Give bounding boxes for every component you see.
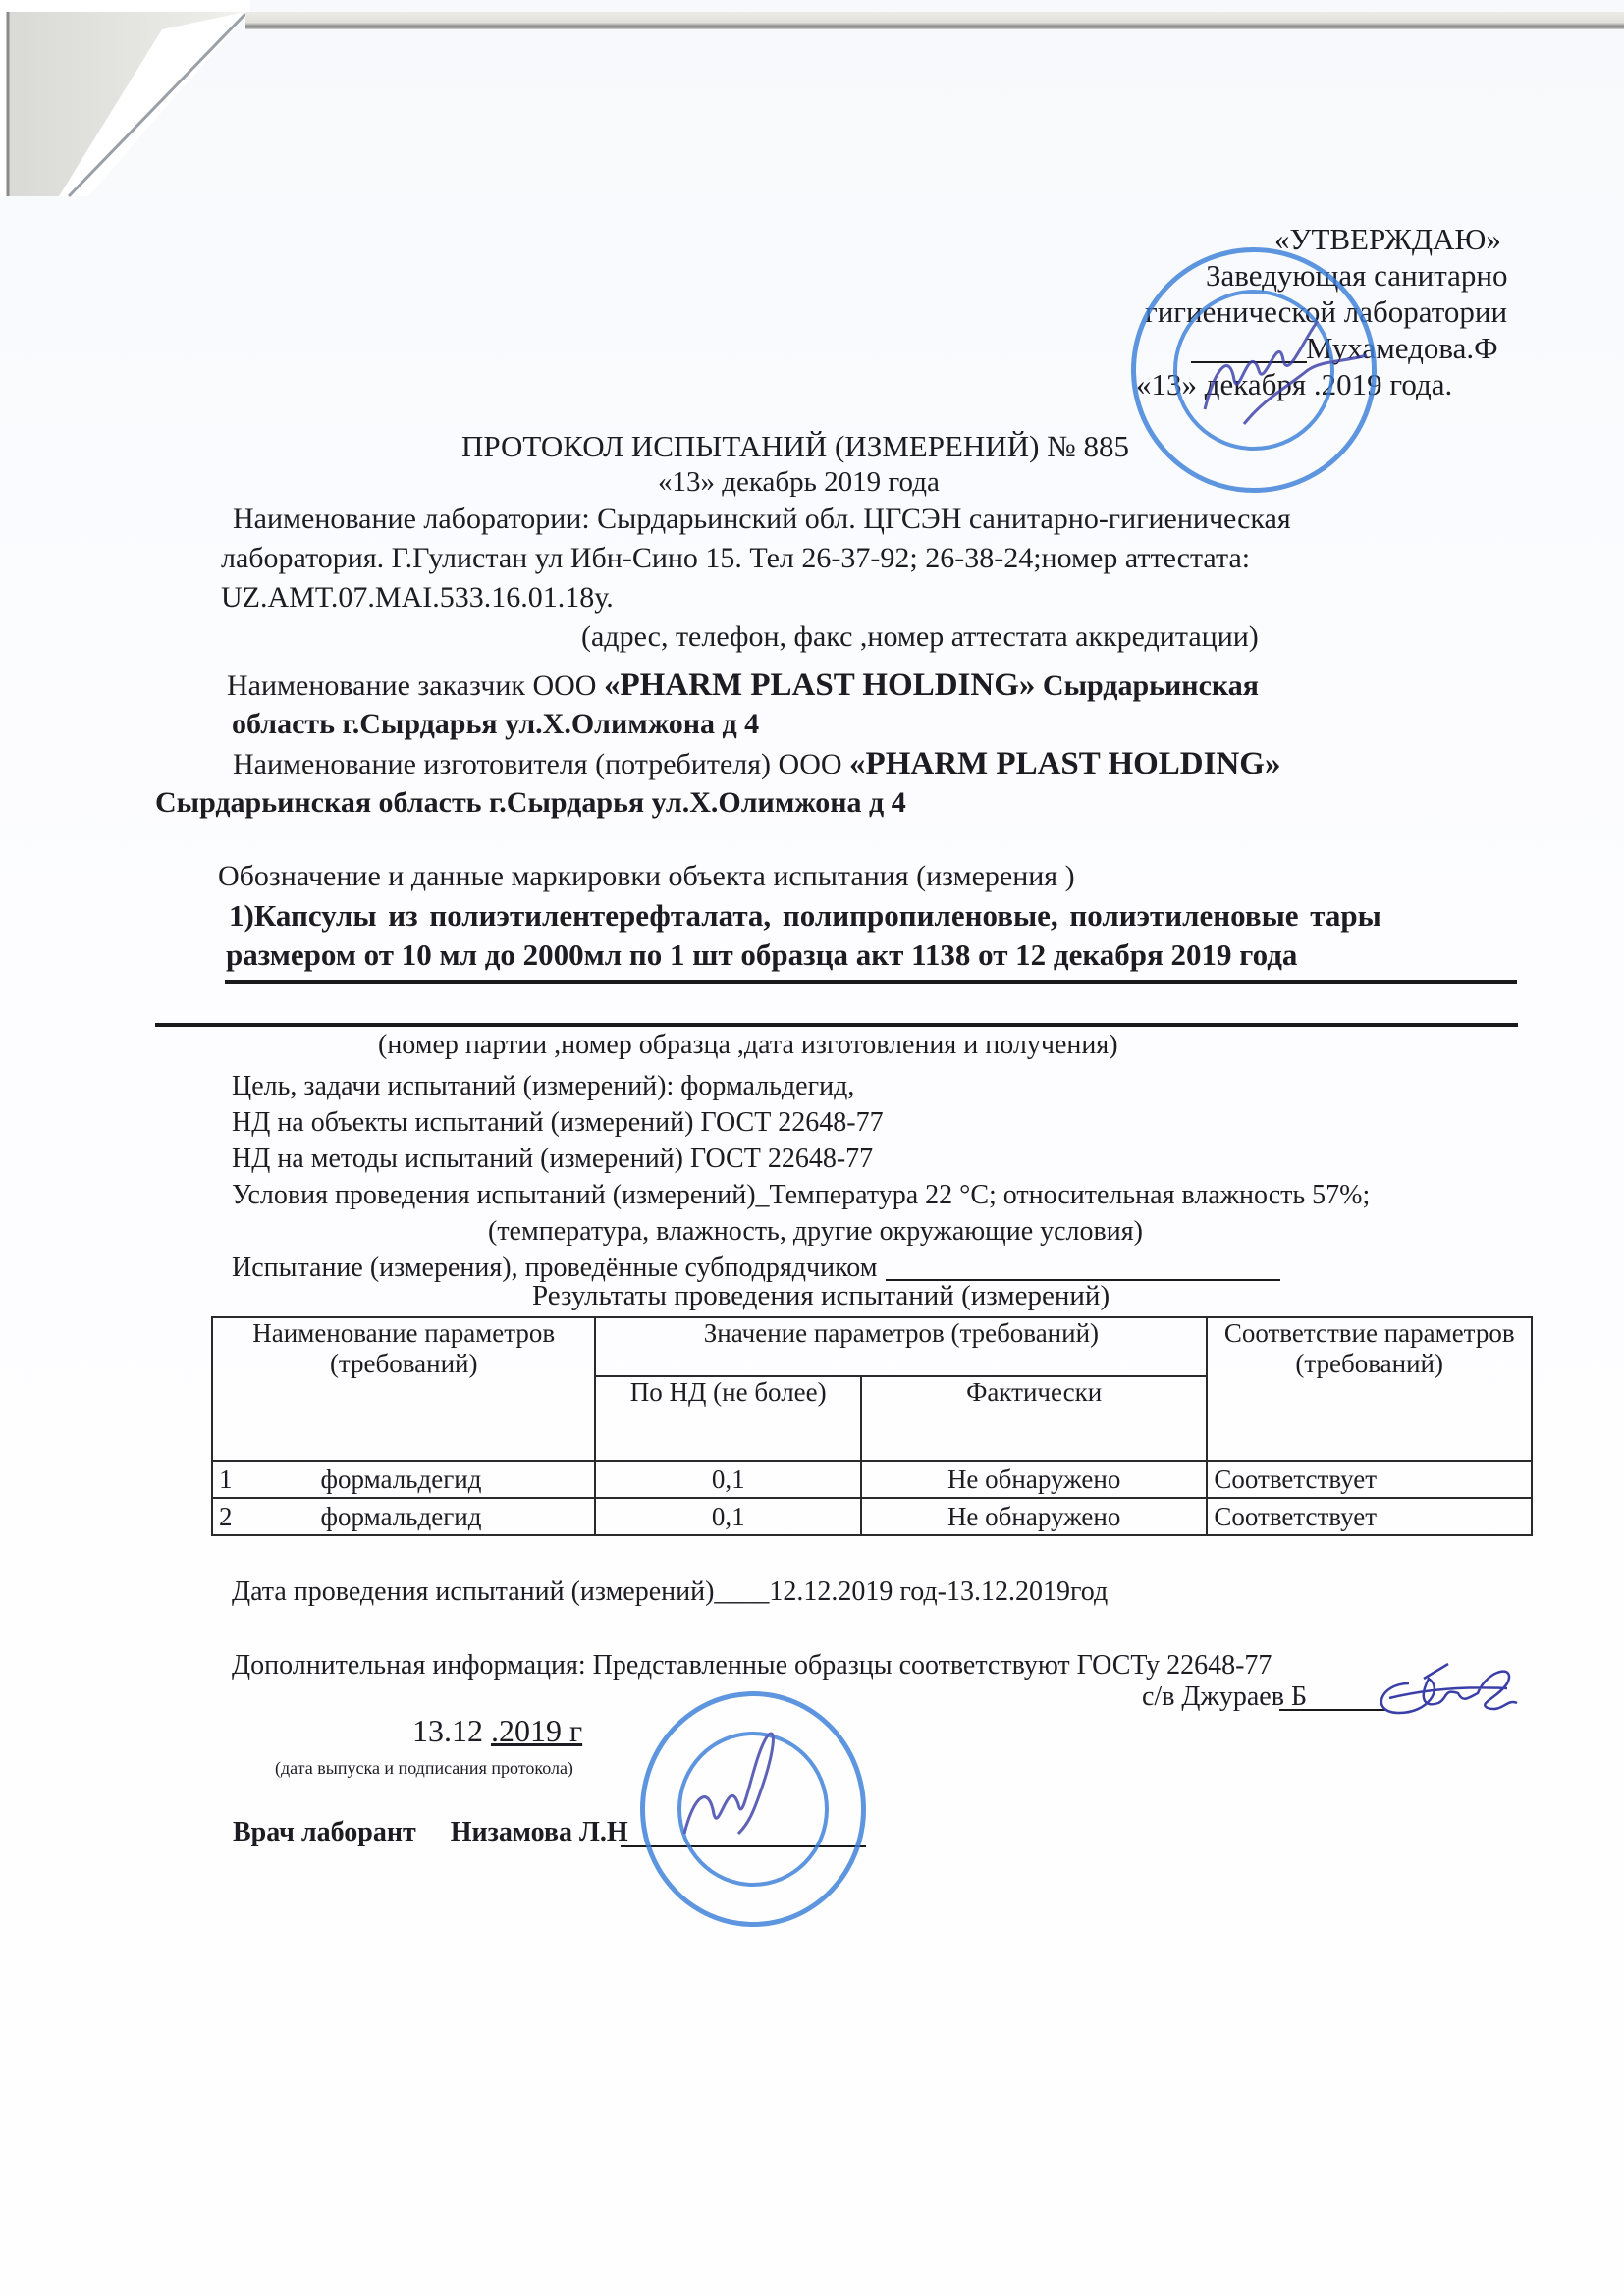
table-row: 1формальдегид 0,1 Не обнаружено Соответс… — [212, 1461, 1532, 1498]
nd-methods: НД на методы испытаний (измерений) ГОСТ … — [232, 1143, 873, 1176]
laboratory-line-2: лаборатория. Г.Гулистан ул Ибн-Сино 15. … — [221, 541, 1250, 576]
compliance-cell: Соответствует — [1207, 1461, 1532, 1498]
param-cell: 1формальдегид — [212, 1461, 595, 1498]
manufacturer-company: «PHARM PLAST HOLDING» — [849, 746, 1280, 781]
results-title: Результаты проведения испытаний (измерен… — [532, 1279, 1110, 1312]
header-value-group: Значение параметров (требований) — [595, 1317, 1207, 1376]
sv-signature-icon — [1370, 1659, 1537, 1728]
object-underline-1 — [225, 980, 1517, 984]
laboratory-line-1: Наименование лаборатории: Сырдарьинский … — [233, 502, 1291, 537]
test-conditions: Условия проведения испытаний (измерений)… — [232, 1179, 1370, 1212]
customer-label: Наименование заказчик ООО — [227, 669, 604, 702]
param-cell: 2формальдегид — [212, 1498, 595, 1535]
additional-info: Дополнительная информация: Представленны… — [232, 1649, 1272, 1682]
manufacturer-line: Наименование изготовителя (потребителя) … — [233, 746, 1280, 782]
test-dates: Дата проведения испытаний (измерений)___… — [232, 1575, 1108, 1609]
laboratory-caption: (адрес, телефон, факс ,номер аттестата а… — [581, 619, 1259, 655]
header-actual: Фактически — [861, 1376, 1207, 1461]
object-description-line-2: размером от 10 мл до 2000мл по 1 шт обра… — [226, 937, 1297, 973]
official-stamp-bottom — [640, 1691, 866, 1927]
folded-edge — [245, 12, 1624, 29]
object-underline-2 — [155, 1023, 1518, 1027]
object-label: Обозначение и данные маркировки объекта … — [218, 859, 1075, 894]
test-purpose: Цель, задачи испытаний (измерений): форм… — [232, 1070, 854, 1103]
param-name: формальдегид — [321, 1465, 482, 1494]
manufacturer-label: Наименование изготовителя (потребителя) … — [233, 748, 849, 780]
header-by-nd: По НД (не более) — [595, 1376, 861, 1461]
issue-date: 13.12 .2019 г — [412, 1713, 582, 1748]
customer-address-part-1: Сырдарьинская — [1035, 669, 1259, 702]
by-nd-cell: 0,1 — [595, 1498, 861, 1535]
by-nd-cell: 0,1 — [595, 1461, 861, 1498]
stamp-signature-icon — [645, 1696, 861, 1922]
customer-address: область г.Сырдарья ул.Х.Олимжона д 4 — [232, 707, 759, 742]
header-compliance: Соответствие параметров (требований) — [1207, 1317, 1532, 1461]
results-table: Наименование параметров (требований) Зна… — [211, 1316, 1533, 1536]
actual-cell: Не обнаружено — [861, 1461, 1207, 1498]
customer-line: Наименование заказчик ООО «PHARM PLAST H… — [227, 667, 1259, 704]
official-stamp-top — [1131, 247, 1377, 493]
table-row: 2формальдегид 0,1 Не обнаружено Соответс… — [212, 1498, 1532, 1535]
protocol-date: «13» декабрь 2019 года — [658, 464, 940, 500]
stamp-signature-icon — [1136, 252, 1372, 488]
compliance-cell: Соответствует — [1207, 1498, 1532, 1535]
issue-date-day: 13.12 — [412, 1713, 491, 1748]
protocol-title: ПРОТОКОЛ ИСПЫТАНИЙ (ИЗМЕРЕНИЙ) № 885 — [461, 429, 1129, 464]
param-name: формальдегид — [321, 1502, 482, 1531]
object-description-line-1: 1)Капсулы из полиэтилентерефталата, поли… — [229, 898, 1381, 934]
customer-company: «PHARM PLAST HOLDING» — [604, 667, 1035, 703]
object-caption: (номер партии ,номер образца ,дата изгот… — [378, 1029, 1118, 1062]
issue-date-year: .2019 г — [491, 1713, 582, 1748]
row-number: 1 — [219, 1465, 233, 1494]
actual-cell: Не обнаружено — [861, 1498, 1207, 1535]
nd-objects: НД на объекты испытаний (измерений) ГОСТ… — [232, 1106, 884, 1140]
issue-date-caption: (дата выпуска и подписания протокола) — [275, 1757, 573, 1779]
laboratory-accreditation: UZ.AMT.07.MAI.533.16.01.18у. — [221, 580, 614, 615]
header-param-name: Наименование параметров (требований) — [212, 1317, 595, 1461]
row-number: 2 — [219, 1502, 233, 1531]
test-conditions-caption: (температура, влажность, другие окружающ… — [488, 1215, 1143, 1249]
manufacturer-address: Сырдарьинская область г.Сырдарья ул.Х.Ол… — [155, 785, 906, 821]
doctor-signatory: Врач лаборант Низамова Л.Н — [233, 1816, 628, 1849]
